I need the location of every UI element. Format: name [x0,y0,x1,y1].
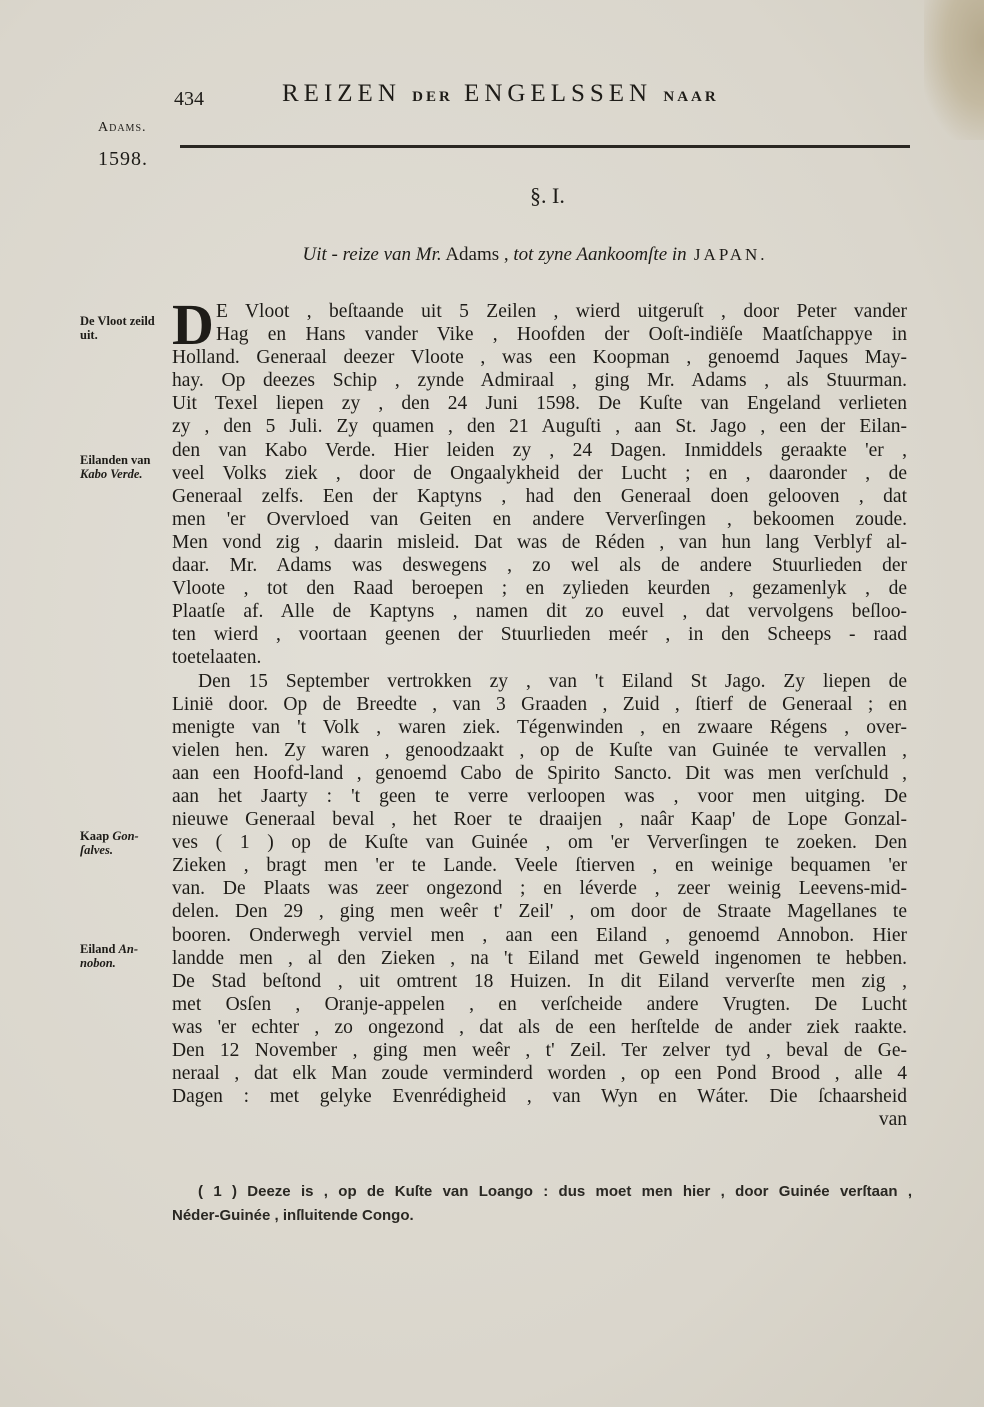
text-line: landde men , al den Zieken , na 't Eilan… [172,947,907,970]
footnote-line: Néder-Guinée , inſluitende Congo. [172,1204,912,1228]
text-line: Linië door. Op de Breedte , van 3 Graade… [172,693,907,716]
text-line: ves ( 1 ) op de Kuſte van Guinée , om 'e… [172,831,907,854]
catchword: van [172,1108,907,1131]
running-head: 434 REIZEN der ENGELSSEN naar [172,80,912,114]
text-line: Den 12 November , ging men weêr , t' Zei… [172,1039,907,1062]
text-line: was 'er echter , zo ongezond , dat als d… [172,1016,907,1039]
text-line: den van Kabo Verde. Hier leiden zy , 24 … [172,439,907,462]
text-line: Uit Texel liepen zy , den 24 Juni 1598. … [172,392,907,415]
text-line: van. De Plaats was zeer ongezond ; en lé… [172,877,907,900]
section-subtitle: Uit - reize van Mr. Adams , tot zyne Aan… [160,244,910,266]
marginal-note-annobon: Eiland An-nobon. [80,942,158,970]
marginal-note-gonsalves: Kaap Gon-ſalves. [80,829,158,857]
margin-year: 1598. [98,148,148,171]
text-line: toetelaaten. [172,646,907,669]
text-line: Plaatſe af. Alle de Kaptyns , namen dit … [172,600,907,623]
margin-author: Adams. [98,120,147,136]
page-number: 434 [174,88,204,111]
text-line: Hag en Hans vander Vike , Hoofden der Oo… [172,323,907,346]
text-line: Vloote , tot den Raad beroepen ; en zyli… [172,577,907,600]
text-line: De Stad beſtond , uit omtrent 18 Huizen.… [172,970,907,993]
footnote-line: ( 1 ) Deeze is , op de Kuſte van Loango … [172,1180,912,1204]
text-line: Den 15 September vertrokken zy , van 't … [172,670,907,693]
text-line: vielen hen. Zy waren , genoodzaakt , op … [172,739,907,762]
footnote: ( 1 ) Deeze is , op de Kuſte van Loango … [172,1180,912,1228]
marginal-note-cape-verde: Eilanden van Kabo Verde. [80,453,158,481]
text-line: Holland. Generaal deezer Vloote , was ee… [172,346,907,369]
marginal-note-fleet: De Vloot zeild uit. [80,314,158,342]
running-title: REIZEN der ENGELSSEN naar [282,80,719,108]
text-line: men 'er Overvloed van Geiten en andere V… [172,508,907,531]
text-line: delen. Den 29 , ging men weêr t' Zeil' ,… [172,900,907,923]
text-line: menigte van 't Volk , waren ziek. Tégenw… [172,716,907,739]
text-line: zy , den 5 Juli. Zy quamen , den 21 Augu… [172,415,907,438]
text-line: daar. Mr. Adams was deswegens , zo wel a… [172,554,907,577]
text-line: aan het Jaarty : 't geen te verre verloo… [172,785,907,808]
text-line: Dagen : met gelyke Evenrédigheid , van W… [172,1085,907,1108]
text-line: Zieken , bragt men 'er te Lande. Veele ſ… [172,854,907,877]
drop-cap: D [172,302,214,348]
book-page: 434 REIZEN der ENGELSSEN naar Adams. 159… [0,0,984,1407]
paper-stain [924,0,984,140]
text-line: neraal , dat elk Man zoude verminderd wo… [172,1062,907,1085]
text-line: veel Volks ziek , door de Ongaalykheid d… [172,462,907,485]
body-text: D E Vloot , beſtaande uit 5 Zeilen , wie… [172,300,907,1131]
text-line: Generaal zelfs. Een der Kaptyns , had de… [172,485,907,508]
text-line: ten wierd , voortaan geenen der Stuurlie… [172,623,907,646]
text-line: E Vloot , beſtaande uit 5 Zeilen , wierd… [172,300,907,323]
text-line: hay. Op deezes Schip , zynde Admiraal , … [172,369,907,392]
text-line: nieuwe Generaal beval , het Roer te draa… [172,808,907,831]
section-mark: §. I. [530,183,565,209]
text-line: aan een Hoofd-land , genoemd Cabo de Spi… [172,762,907,785]
text-line: Men vond zig , daarin misleid. Dat was d… [172,531,907,554]
text-line: met Osſen , Oranje-appelen , en verſchei… [172,993,907,1016]
header-rule [180,145,910,148]
text-line: booren. Onderwegh verviel men , aan een … [172,924,907,947]
